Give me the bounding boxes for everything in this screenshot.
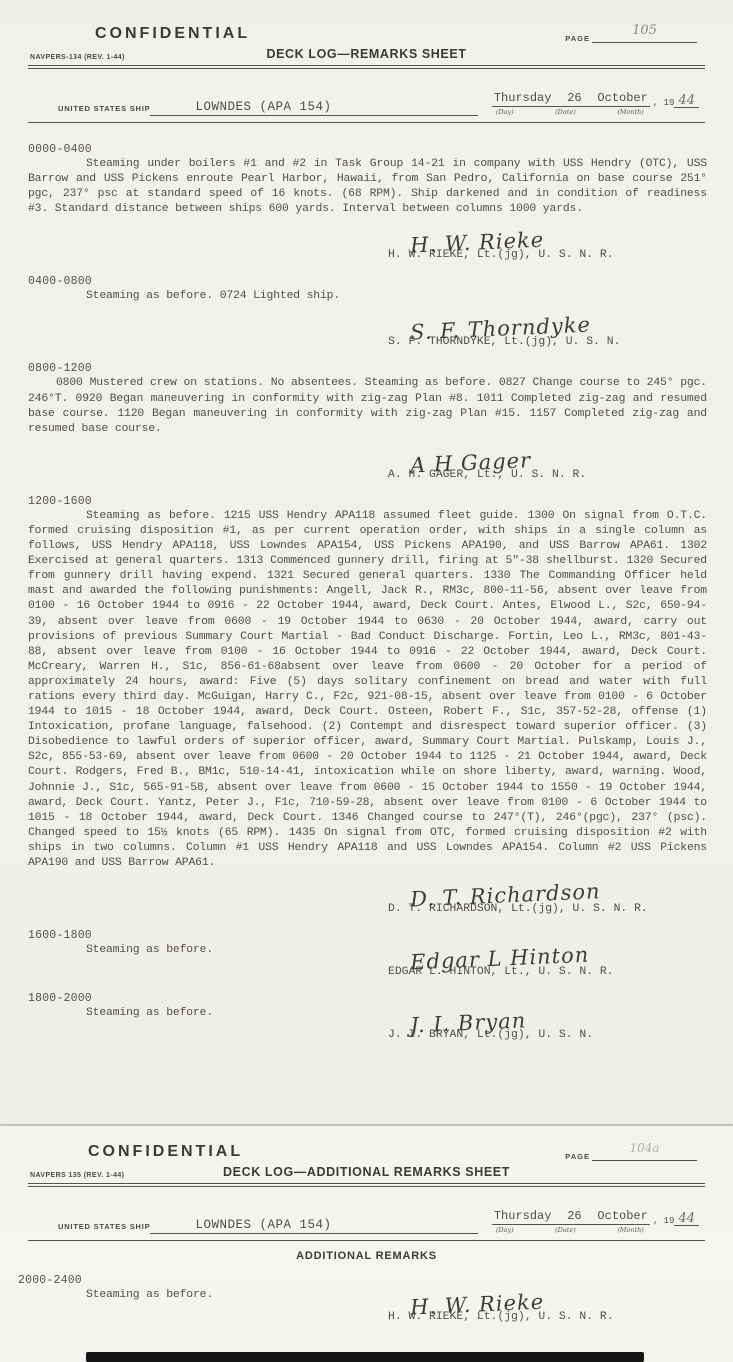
- entry-text: Steaming under boilers #1 and #2 in Task…: [28, 157, 707, 217]
- handwritten-page-number: 105: [632, 23, 657, 38]
- ship-and-date-row: UNITED STATES SHIP LOWNDES (APA 154) Thu…: [0, 1187, 733, 1234]
- date-field-group: Thursday 26 October (Day) (Date) (Month)…: [492, 91, 699, 116]
- document-title: DECK LOG—REMARKS SHEET: [220, 47, 513, 61]
- month-label: (Month): [617, 1226, 644, 1234]
- signature-block: H. W. Rieke H. W. RIEKE, Lt.(jg), U. S. …: [388, 1289, 707, 1323]
- day-value: Thursday: [494, 91, 552, 105]
- header-top-row: CONFIDENTIAL PAGE 104a: [0, 1126, 733, 1161]
- page-number-field: PAGE 105: [565, 24, 697, 43]
- deck-log-additional-remarks-sheet: CONFIDENTIAL PAGE 104a NAVPERS 135 (REV.…: [0, 1126, 733, 1362]
- page-label: PAGE: [565, 34, 590, 43]
- month-value: October: [597, 1209, 647, 1223]
- month-label: (Month): [617, 108, 644, 116]
- ship-and-date-row: UNITED STATES SHIP LOWNDES (APA 154) Thu…: [0, 69, 733, 116]
- date-main: Thursday 26 October (Day) (Date) (Month): [492, 91, 650, 116]
- year-prefix: , 19: [653, 98, 675, 108]
- date-values: Thursday 26 October: [492, 91, 650, 107]
- ship-label: UNITED STATES SHIP: [58, 1222, 150, 1234]
- entry-time-range: 0400-0800: [28, 275, 707, 288]
- ship-name-value: LOWNDES (APA 154): [150, 100, 477, 116]
- date-label: (Date): [555, 1226, 576, 1234]
- day-label: (Day): [496, 108, 514, 116]
- scan-artifact-bar: [86, 1352, 644, 1362]
- log-entry-0000-0400: 0000-0400 Steaming under boilers #1 and …: [28, 143, 707, 261]
- header-title-row: NAVPERS 135 (REV. 1-44) DECK LOG—ADDITIO…: [0, 1161, 733, 1181]
- entry-time-range: 2000-2400: [18, 1274, 707, 1287]
- single-rule-divider: [28, 1240, 705, 1241]
- log-entry-0400-0800: 0400-0800 Steaming as before. 0724 Light…: [28, 275, 707, 348]
- log-entry-1600-1800: 1600-1800 Steaming as before. Edgar L Hi…: [28, 929, 707, 978]
- date-label: (Date): [555, 108, 576, 116]
- header-top-row: CONFIDENTIAL PAGE 105: [0, 0, 733, 43]
- form-number: NAVPERS-134 (REV. 1-44): [30, 54, 220, 61]
- page-number-line: 104a: [592, 1142, 697, 1161]
- entry-time-range: 0800-1200: [28, 362, 707, 375]
- date-values: Thursday 26 October: [492, 1209, 650, 1225]
- log-entries: 0000-0400 Steaming under boilers #1 and …: [0, 123, 733, 1041]
- date-value: 26: [567, 91, 581, 105]
- page-number-line: 105: [592, 24, 697, 43]
- date-field-labels: (Day) (Date) (Month): [492, 107, 650, 116]
- year-prefix: , 19: [653, 1216, 675, 1226]
- form-number: NAVPERS 135 (REV. 1-44): [30, 1172, 220, 1179]
- year-value: 44: [674, 1213, 699, 1226]
- year-field: , 19 44: [653, 1213, 699, 1234]
- day-label: (Day): [496, 1226, 514, 1234]
- signature-block: S. F. Thorndyke S. F. THORNDYKE, Lt.(jg)…: [388, 314, 707, 348]
- year-value: 44: [674, 95, 699, 108]
- month-value: October: [597, 91, 647, 105]
- log-entry-0800-1200: 0800-1200 0800 Mustered crew on stations…: [28, 362, 707, 480]
- classification-stamp: CONFIDENTIAL: [95, 25, 250, 43]
- year-field: , 19 44: [653, 95, 699, 116]
- entry-time-range: 0000-0400: [28, 143, 707, 156]
- ship-name-value: LOWNDES (APA 154): [150, 1218, 477, 1234]
- document-title: DECK LOG—ADDITIONAL REMARKS SHEET: [220, 1165, 513, 1179]
- header-title-row: NAVPERS-134 (REV. 1-44) DECK LOG—REMARKS…: [0, 43, 733, 63]
- classification-stamp: CONFIDENTIAL: [88, 1143, 243, 1161]
- log-entry-1800-2000: 1800-2000 Steaming as before. J. I. Brya…: [28, 992, 707, 1041]
- entry-time-range: 1800-2000: [28, 992, 707, 1005]
- signature-block: Edgar L Hinton EDGAR L. HINTON, Lt., U. …: [388, 944, 707, 978]
- date-value: 26: [567, 1209, 581, 1223]
- date-field-labels: (Day) (Date) (Month): [492, 1225, 650, 1234]
- page-number-field: PAGE 104a: [565, 1142, 697, 1161]
- date-field-group: Thursday 26 October (Day) (Date) (Month)…: [492, 1209, 699, 1234]
- signature-block: D. T. Richardson D. T. RICHARDSON, Lt.(j…: [388, 881, 707, 915]
- date-main: Thursday 26 October (Day) (Date) (Month): [492, 1209, 650, 1234]
- signature-block: H. W. Rieke H. W. RIEKE, Lt.(jg), U. S. …: [388, 227, 707, 261]
- signature-block: J. I. Bryan J. I. BRYAN, Lt.(jg), U. S. …: [388, 1007, 707, 1041]
- page-label: PAGE: [565, 1152, 590, 1161]
- entry-time-range: 1200-1600: [28, 495, 707, 508]
- log-entries: 2000-2400 Steaming as before. H. W. Riek…: [0, 1262, 733, 1323]
- signature-block: A H Gager A. H. GAGER, Lt., U. S. N. R.: [388, 447, 707, 481]
- deck-log-remarks-sheet: CONFIDENTIAL PAGE 105 NAVPERS-134 (REV. …: [0, 0, 733, 1124]
- log-entry-2000-2400: 2000-2400 Steaming as before. H. W. Riek…: [28, 1274, 707, 1323]
- day-value: Thursday: [494, 1209, 552, 1223]
- entry-time-range: 1600-1800: [28, 929, 707, 942]
- entry-text: Steaming as before. 0724 Lighted ship.: [28, 289, 707, 304]
- entry-text: 0800 Mustered crew on stations. No absen…: [28, 376, 707, 436]
- entry-text: Steaming as before. 1215 USS Hendry APA1…: [28, 509, 707, 871]
- handwritten-page-number: 104a: [629, 1141, 659, 1155]
- log-entry-1200-1600: 1200-1600 Steaming as before. 1215 USS H…: [28, 495, 707, 915]
- additional-remarks-heading: ADDITIONAL REMARKS: [0, 1250, 733, 1262]
- ship-label: UNITED STATES SHIP: [58, 104, 150, 116]
